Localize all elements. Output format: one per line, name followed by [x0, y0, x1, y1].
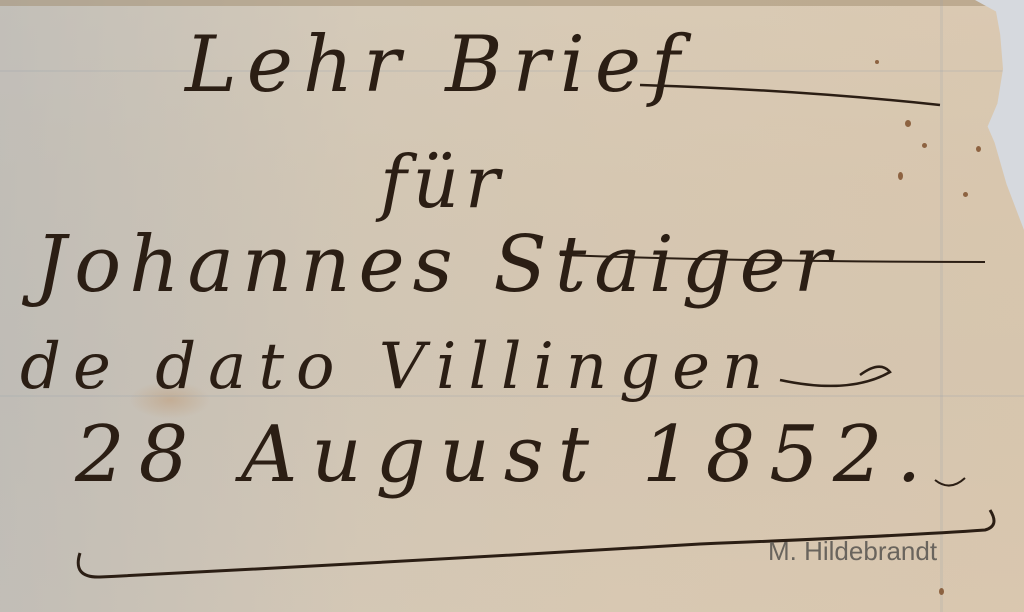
document-photo: Lehr Brief für Johannes Staiger de dato … — [0, 0, 1024, 612]
photographer-watermark: M. Hildebrandt — [768, 536, 937, 567]
flourish-strokes — [0, 0, 1024, 612]
